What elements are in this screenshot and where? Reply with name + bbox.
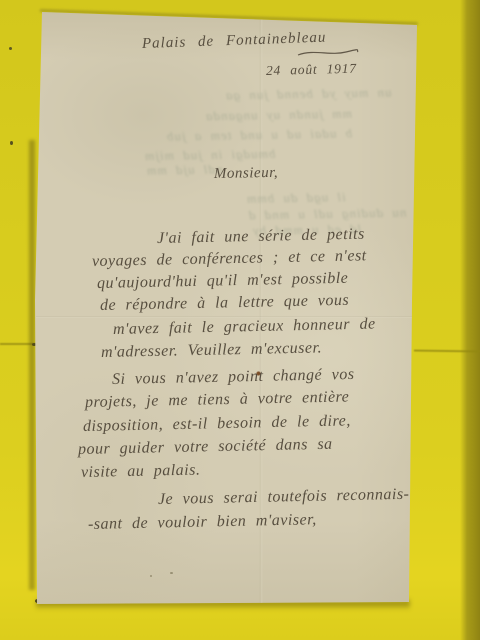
body-line-4: de répondre à la lettre que vous [100, 293, 349, 314]
bleedthrough-line: mm jundn uy unganda [205, 106, 352, 125]
backing-speck [9, 47, 12, 50]
body-line-1: J'ai fait une série de petits [157, 227, 365, 247]
bleedthrough-line: il ugd du bmm [246, 189, 346, 207]
body-line-12: Je vous serai toutefois reconnais- [158, 487, 410, 508]
body-line-2: voyages de conférences ; et ce n'est [92, 248, 367, 270]
body-line-6: m'adresser. Veuillez m'excuser. [101, 340, 322, 361]
body-line-3: qu'aujourd'hui qu'il m'est possible [97, 271, 349, 292]
letter-date: 24 août 1917 [266, 62, 357, 78]
bleedthrough-line: b udai ud u und tem a jub [166, 125, 353, 144]
body-line-7: Si vous n'avez point changé vos [112, 367, 355, 388]
body-line-5: m'avez fait le gracieux honneur de [113, 317, 376, 338]
paper-speck [150, 575, 152, 577]
body-line-10: pour guider votre société dans sa [78, 437, 333, 458]
bleedthrough-line: nu duding udl u mnd d [248, 205, 407, 224]
body-line-11: visite au palais. [81, 463, 201, 481]
letter-sheet: un muy yd bennd jun ga mm jundn uy ungan… [0, 0, 480, 640]
backing-right-shadow-band [460, 0, 480, 640]
backing-speck [10, 141, 13, 145]
bleedthrough-line: ndl ujd mm [146, 161, 223, 178]
body-line-8: projets, je me tiens à votre entière [85, 389, 350, 411]
bleedthrough-line: un muy yd bennd jun ga [225, 85, 392, 104]
body-line-9: disposition, est-il besoin de le dire, [83, 413, 351, 435]
letter-photograph: un muy yd bennd jun ga mm jundn uy ungan… [0, 0, 480, 640]
heading-flourish-stroke [296, 46, 360, 60]
paper-left-shadow [29, 140, 35, 590]
paper-speck [170, 572, 173, 574]
salutation: Monsieur, [214, 166, 278, 182]
body-line-13: -sant de vouloir bien m'aviser, [88, 512, 317, 533]
